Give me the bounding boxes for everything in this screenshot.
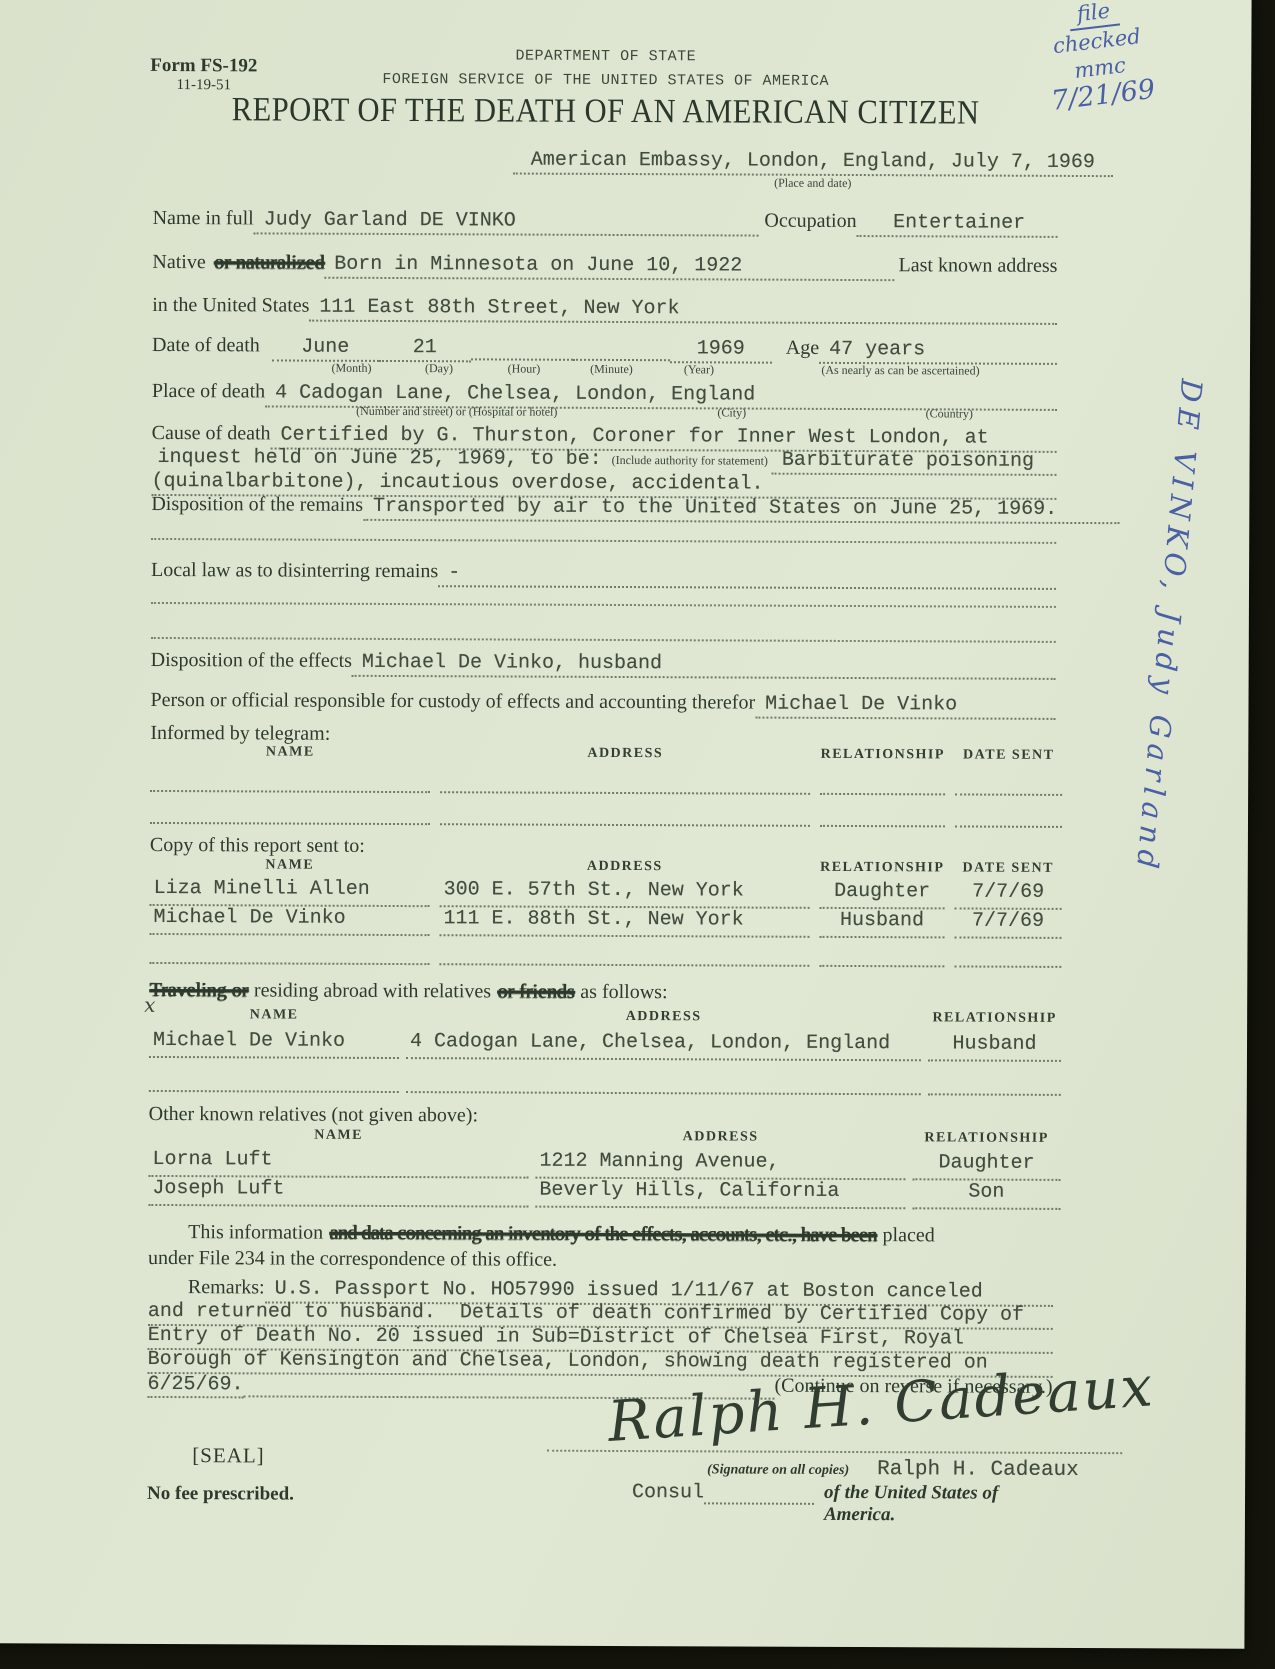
disinterring-label: Local law as to disinterring remains [151, 559, 438, 583]
blank-cell [149, 935, 429, 965]
info-paragraph-line2: under File 234 in the correspondence of … [148, 1247, 1053, 1274]
telegram-header-date-sent: DATE SENT [955, 747, 1062, 763]
name-value: Judy Garland DE VINKO [254, 208, 759, 236]
abroad-label-suffix: as follows: [580, 981, 667, 1004]
name-label: Name in full [153, 207, 254, 230]
blank-line [151, 601, 1056, 608]
in-us-label: in the United States [152, 294, 309, 318]
cause-value-line2: inquest held on June 25, 1969, to be: [152, 446, 608, 472]
blank-cell [928, 1066, 1061, 1096]
telegram-label: Informed by telegram: [150, 722, 330, 746]
abroad-header-name: NAME [149, 1007, 399, 1024]
copy-row-relationship: Husband [819, 909, 944, 939]
blank-cell [954, 938, 1061, 967]
signature-typed-name: Ralph H. Cadeaux [877, 1458, 1079, 1482]
consul-filler [704, 1484, 814, 1504]
consul-title: Consul [632, 1481, 704, 1504]
place-date-value: American Embassy, London, England, July … [513, 149, 1113, 178]
remains-label: Disposition of the remains [151, 493, 363, 517]
service-text: FOREIGN SERVICE OF THE UNITED STATES OF … [382, 71, 829, 90]
copy-report-row: Michael De Vinko 111 E. 88th St., New Yo… [149, 906, 1061, 939]
blank-cell [440, 764, 810, 795]
relatives-label: Other known relatives (not given above): [149, 1103, 478, 1127]
hour-caption: (Hour) [479, 361, 569, 376]
abroad-sentence-row: Traveling or residing abroad with relati… [149, 979, 1054, 1006]
blank-cell [820, 766, 945, 796]
info-paragraph-line1: This information and data concerning an … [148, 1221, 1053, 1248]
abroad-row: Michael De Vinko 4 Cadogan Lane, Chelsea… [149, 1029, 1061, 1062]
relatives-row-name: Lorna Luft [148, 1148, 528, 1179]
relatives-row-relationship: Son [912, 1180, 1060, 1210]
signature-caption: (Signature on all copies) [707, 1462, 849, 1478]
copy-header-relationship: RELATIONSHIP [820, 860, 945, 877]
relatives-header-name: NAME [149, 1127, 529, 1145]
copy-row-date: 7/7/69 [954, 909, 1061, 938]
copy-report-row: Liza Minelli Allen 300 E. 57th St., New … [150, 877, 1062, 910]
remains-value: Transported by air to the United States … [363, 495, 1119, 524]
relatives-row: Lorna Luft 1212 Manning Avenue, Daughter [148, 1148, 1060, 1181]
department-line: DEPARTMENT OF STATE [153, 45, 1058, 67]
copy-row-date: 7/7/69 [955, 880, 1062, 909]
abroad-struck-mid: or friends [497, 980, 574, 1003]
occupation-value: Entertainer [857, 211, 1058, 238]
occupation-label: Occupation [764, 210, 856, 233]
place-of-death-label: Place of death [152, 380, 265, 403]
relatives-row-address: Beverly Hills, California [535, 1179, 905, 1210]
relatives-row-address: 1212 Manning Avenue, [535, 1150, 905, 1181]
relatives-header-relationship: RELATIONSHIP [913, 1130, 1061, 1147]
copy-row-address: 300 E. 57th St., New York [440, 878, 810, 909]
blank-cell [149, 1063, 399, 1093]
signature-caption-row: (Signature on all copies) Ralph H. Cadea… [707, 1457, 1079, 1482]
death-day-value: 21 [379, 336, 471, 362]
age-label: Age [786, 337, 819, 360]
seal-placeholder: [SEAL] [192, 1443, 265, 1468]
relatives-header-address: ADDRESS [536, 1129, 906, 1147]
abroad-row-relationship: Husband [928, 1032, 1061, 1062]
effects-row: Disposition of the effects Michael De Vi… [151, 649, 1056, 680]
blank-line [151, 537, 1056, 544]
blank-cell [955, 798, 1062, 827]
telegram-header-address: ADDRESS [440, 745, 810, 763]
copy-row-name: Michael De Vinko [149, 906, 429, 936]
date-captions-row: (Month) (Day) (Hour) (Minute) (Year) (As… [152, 360, 1057, 379]
remarks-label: Remarks: [188, 1276, 265, 1299]
abroad-label-mid: residing abroad with relatives [254, 979, 491, 1003]
abroad-blank-row [149, 1063, 1061, 1096]
relatives-row-relationship: Daughter [912, 1151, 1060, 1181]
department-text: DEPARTMENT OF STATE [516, 48, 697, 66]
date-captions-spacer [152, 360, 292, 376]
place-date-caption: (Place and date) [513, 175, 1113, 193]
custody-label: Person or official responsible for custo… [150, 689, 755, 715]
telegram-blank-row [150, 795, 1062, 828]
city-caption: (City) [622, 405, 842, 421]
blank-cell [820, 798, 945, 828]
relatives-row-name: Joseph Luft [148, 1177, 528, 1208]
service-line: FOREIGN SERVICE OF THE UNITED STATES OF … [153, 69, 1058, 91]
copy-header-date-sent: DATE SENT [955, 860, 1062, 876]
minute-caption: (Minute) [569, 362, 654, 377]
disinterring-row: Local law as to disinterring remains - [151, 559, 1056, 590]
death-minute-blank [573, 340, 670, 361]
native-label: Native [152, 251, 205, 274]
info-post: placed [882, 1224, 934, 1247]
copy-header-address: ADDRESS [440, 858, 810, 876]
remains-row: Disposition of the remains Transported b… [151, 493, 1119, 524]
scanned-death-report-page: { "colors":{"paper":"#dde5d0","ink":"#3d… [0, 0, 1275, 1669]
blank-cell [439, 936, 809, 967]
name-row: Name in full Judy Garland DE VINKO Occup… [153, 207, 1058, 238]
age-value: 47 years [819, 338, 1057, 365]
page-title-text: REPORT OF THE DEATH OF AN AMERICAN CITIZ… [198, 91, 1013, 133]
telegram-table-headers: NAME ADDRESS RELATIONSHIP DATE SENT [150, 744, 1062, 764]
blank-cell [819, 938, 944, 968]
death-year-value: 1969 [670, 337, 772, 363]
blank-cell [406, 1064, 921, 1095]
no-fee-note: No fee prescribed. [147, 1483, 294, 1506]
relatives-row: Joseph Luft Beverly Hills, California So… [148, 1177, 1060, 1210]
relatives-label-row: Other known relatives (not given above): [149, 1103, 1054, 1130]
relatives-headers: NAME ADDRESS RELATIONSHIP [149, 1127, 1061, 1147]
cause-authority-caption: (Include authority for statement) [612, 453, 768, 469]
place-captions-row: (Number and street) or (Hospital or hote… [152, 403, 1057, 422]
month-caption: (Month) [304, 361, 399, 376]
info-line2: under File 234 in the correspondence of … [148, 1247, 557, 1272]
info-pre: This information [188, 1221, 323, 1245]
paper-sheet: Form FS-192 11-19-51 DEPARTMENT OF STATE… [0, 0, 1252, 1649]
native-row: Native or naturalized Born in Minnesota … [152, 251, 1057, 282]
day-caption: (Day) [399, 361, 479, 376]
remarks-line5: 6/25/69. [147, 1373, 243, 1398]
abroad-row-address: 4 Cadogan Lane, Chelsea, London, England [406, 1030, 921, 1061]
of-united-states-text: of the United States of America. [824, 1482, 1052, 1527]
telegram-header-relationship: RELATIONSHIP [820, 747, 945, 764]
last-known-address-label: Last known address [899, 254, 1058, 278]
cause-label: Cause of death [152, 422, 271, 446]
cause-value-line2b: Barbiturate poisoning [772, 449, 1057, 476]
abroad-headers: NAME ADDRESS RELATIONSHIP [149, 1007, 1061, 1027]
telegram-blank-row [150, 763, 1062, 796]
telegram-header-name: NAME [150, 744, 430, 761]
abroad-header-relationship: RELATIONSHIP [928, 1010, 1061, 1027]
copy-row-relationship: Daughter [820, 880, 945, 910]
blank-line [151, 636, 1056, 643]
custody-row: Person or official responsible for custo… [150, 689, 1055, 720]
effects-label: Disposition of the effects [151, 649, 352, 673]
place-captions-spacer [152, 403, 292, 419]
place-date-block: American Embassy, London, England, July … [513, 149, 1113, 193]
custody-value: Michael De Vinko [755, 693, 1055, 720]
copy-report-blank-row [149, 935, 1061, 968]
death-hour-blank [471, 339, 573, 360]
copy-report-headers: NAME ADDRESS RELATIONSHIP DATE SENT [150, 857, 1062, 877]
info-struck: and data concerning an inventory of the … [329, 1222, 876, 1247]
blank-cell [955, 766, 1062, 795]
native-struck-text: or naturalized [214, 251, 325, 274]
abroad-row-name: Michael De Vinko [149, 1029, 399, 1059]
copy-header-name: NAME [150, 857, 430, 874]
blank-cell [440, 796, 810, 827]
copy-row-address: 111 E. 88th St., New York [439, 907, 809, 938]
us-address-row: in the United States 111 East 88th Stree… [152, 294, 1057, 325]
year-caption: (Year) [654, 362, 744, 377]
handwritten-margin-note: DE VINKO, Judy Garland [1130, 377, 1209, 875]
disinterring-value: - [438, 561, 1056, 590]
blank-cell [150, 795, 430, 825]
page-title: REPORT OF THE DEATH OF AN AMERICAN CITIZ… [153, 91, 1058, 133]
street-caption: (Number and street) or (Hospital or hote… [292, 404, 622, 420]
in-us-value: 111 East 88th Street, New York [309, 296, 1057, 325]
abroad-header-address: ADDRESS [406, 1008, 921, 1026]
death-month-value: June [272, 335, 379, 361]
native-value: Born in Minnesota on June 10, 1922 [324, 253, 894, 281]
date-of-death-label: Date of death [152, 334, 260, 357]
handwritten-file-note: file checked mmc 7/21/69 [1007, 0, 1189, 119]
copy-report-label: Copy of this report sent to: [150, 834, 365, 858]
age-caption: (As nearly as can be ascertained) [744, 363, 1057, 379]
consul-title-row: Consul of the United States of America. [632, 1481, 1052, 1527]
abroad-struck-prefix: Traveling or [149, 979, 248, 1002]
effects-value: Michael De Vinko, husband [352, 651, 1056, 680]
blank-cell [150, 763, 430, 793]
country-caption: (Country) [842, 406, 1057, 422]
copy-row-name: Liza Minelli Allen [150, 877, 430, 907]
